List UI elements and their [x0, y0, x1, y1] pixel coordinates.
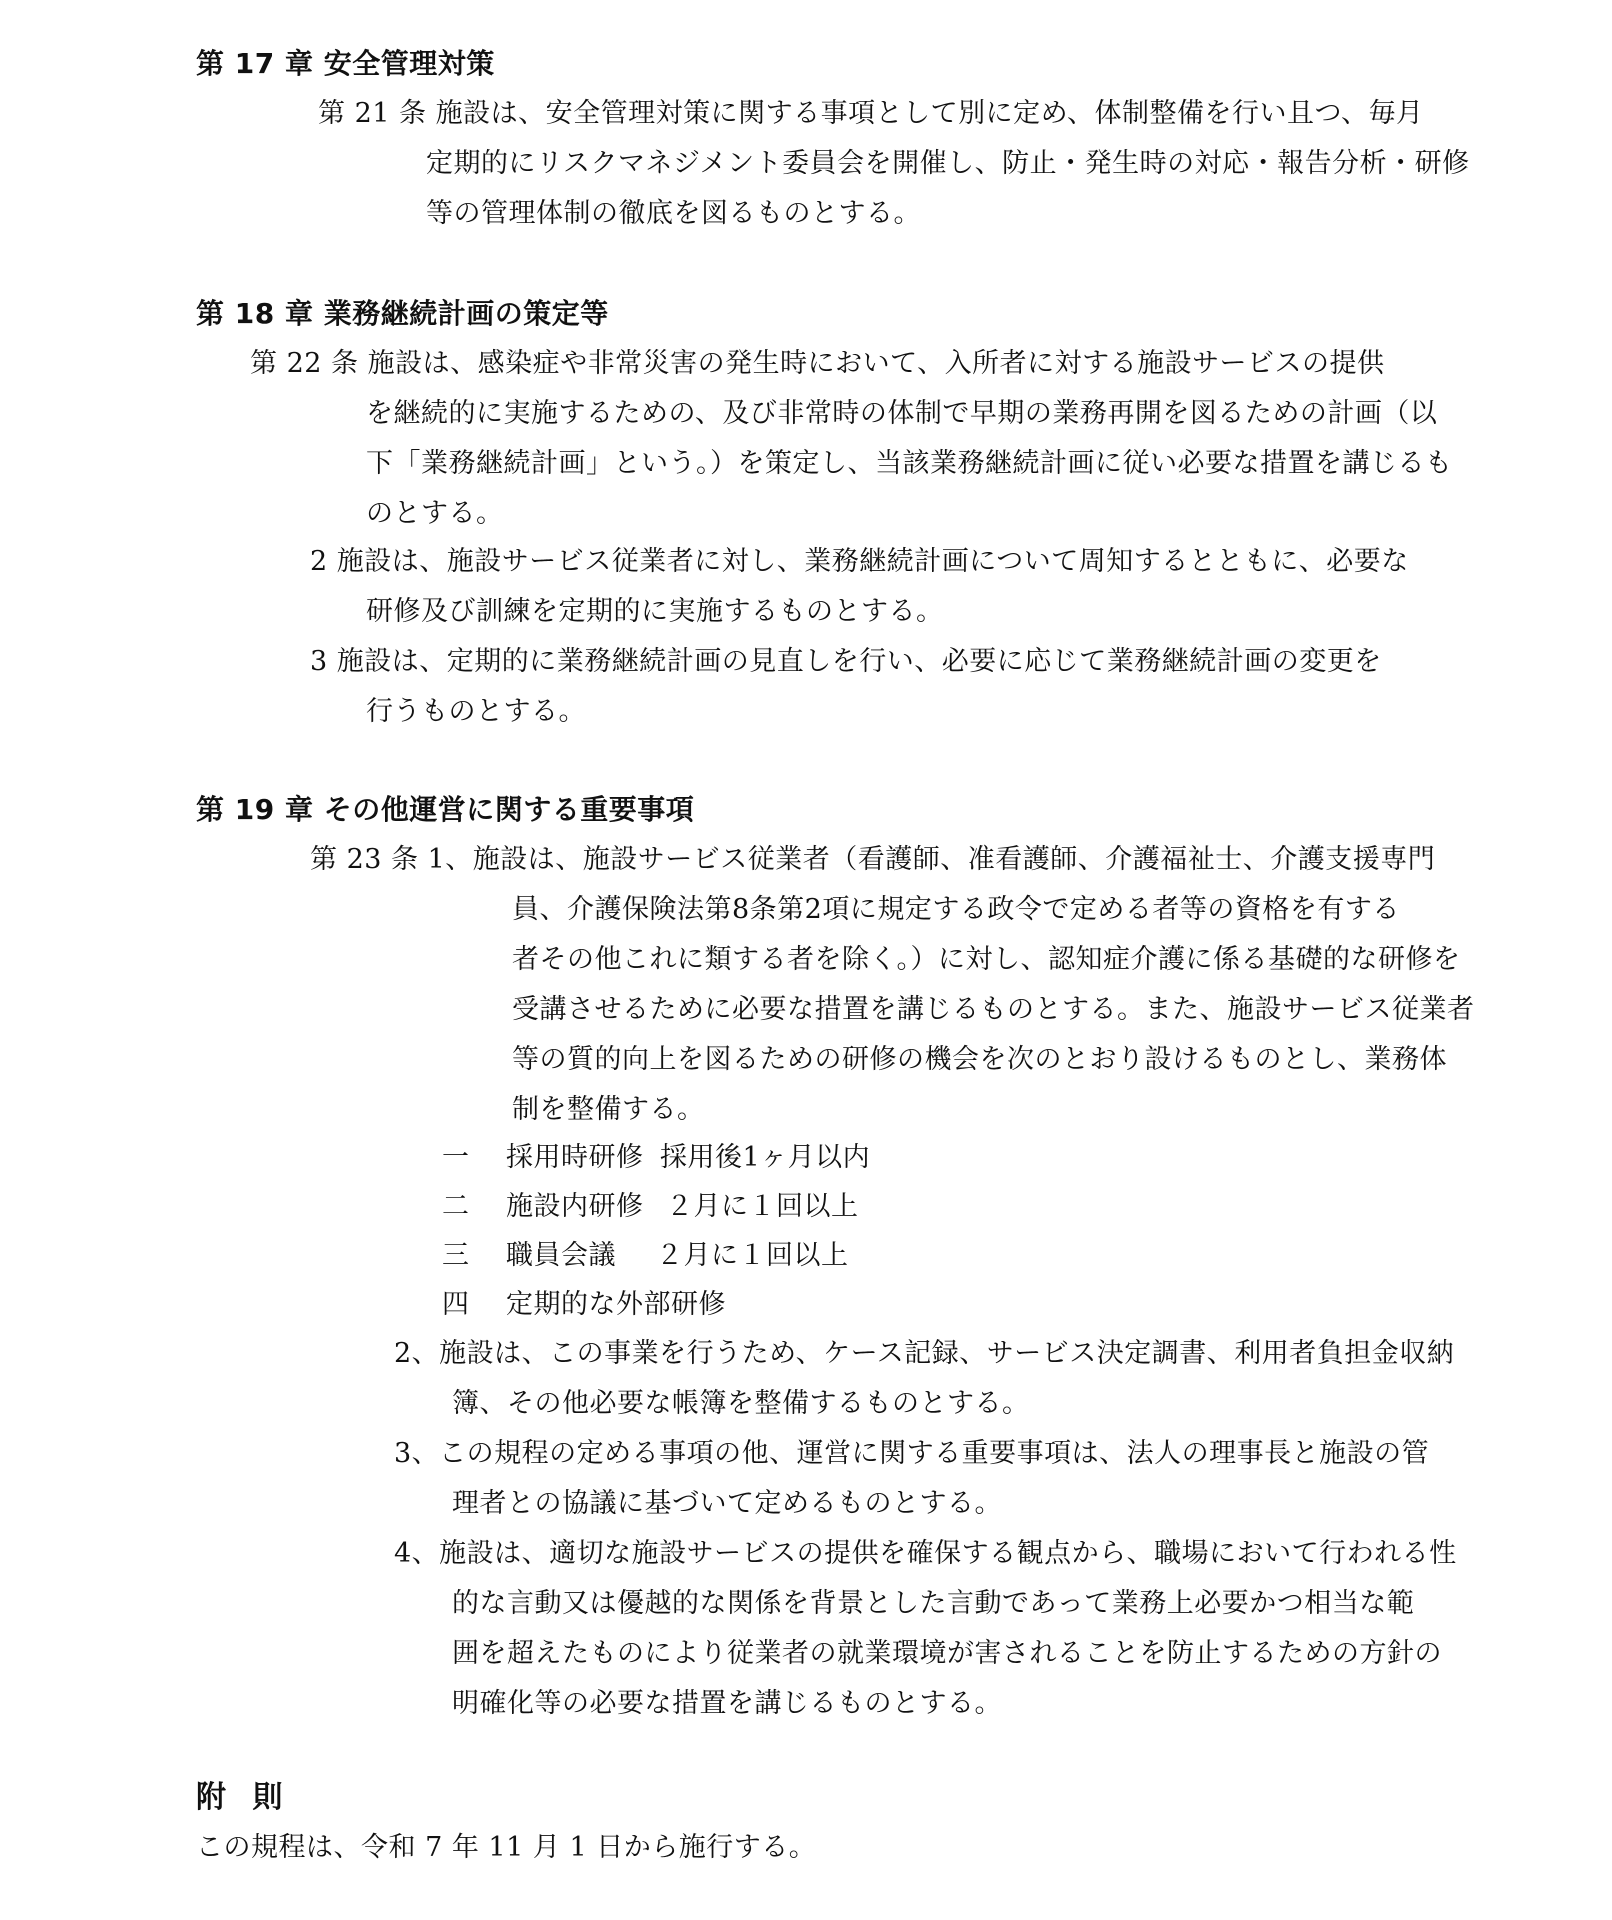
article-23-line-3: 者その他これに類する者を除く。）に対し、認知症介護に係る基礎的な研修を — [512, 943, 1460, 977]
article-23-para-2-line-2: 簿、その他必要な帳簿を整備するものとする。 — [452, 1387, 1030, 1421]
article-23-line-6: 制を整備する。 — [512, 1093, 705, 1127]
article-22-line-3: 下「業務継続計画」という。）を策定し、当該業務継続計画に従い必要な措置を講じるも — [366, 447, 1453, 481]
article-23-para-4-line-3: 囲を超えたものにより従業者の就業環境が害されることを防止するための方針の — [452, 1637, 1442, 1671]
article-23-para-4-line-2: 的な言動又は優越的な関係を背景とした言動であって業務上必要かつ相当な範 — [452, 1587, 1414, 1621]
article-22-para-2-line-2: 研修及び訓練を定期的に実施するものとする。 — [366, 595, 944, 629]
training-item-3-num: 三 — [442, 1239, 470, 1273]
chapter-19-title: 第 19 章 その他運営に関する重要事項 — [196, 793, 694, 827]
article-23-para-3-line-2: 理者との協議に基づいて定めるものとする。 — [452, 1487, 1002, 1521]
article-23-para-4-line-4: 明確化等の必要な措置を講じるものとする。 — [452, 1687, 1002, 1721]
training-item-3-freq: ２月に１回以上 — [656, 1239, 849, 1273]
article-23-line-4: 受講させるために必要な措置を講じるものとする。また、施設サービス従業者 — [512, 993, 1475, 1027]
article-21-line-3: 等の管理体制の徹底を図るものとする。 — [426, 197, 921, 231]
chapter-17-title: 第 17 章 安全管理対策 — [196, 47, 495, 81]
training-item-1-name: 採用時研修 — [506, 1141, 644, 1175]
chapter-18-title: 第 18 章 業務継続計画の策定等 — [196, 297, 609, 331]
article-22-line-1: 第 22 条 施設は、感染症や非常災害の発生時において、入所者に対する施設サービ… — [250, 347, 1385, 381]
supplementary-text: この規程は、令和 7 年 11 月 1 日から施行する。 — [196, 1831, 816, 1865]
training-item-1-freq: 採用後1ヶ月以内 — [660, 1141, 870, 1175]
training-item-2-name: 施設内研修 — [506, 1190, 644, 1224]
training-item-1-num: 一 — [442, 1141, 470, 1175]
article-21-line-2: 定期的にリスクマネジメント委員会を開催し、防止・発生時の対応・報告分析・研修 — [426, 147, 1470, 181]
training-item-2-num: 二 — [442, 1190, 470, 1224]
article-21-line-1: 第 21 条 施設は、安全管理対策に関する事項として別に定め、体制整備を行い且つ… — [318, 97, 1423, 131]
training-item-2-freq: ２月に１回以上 — [666, 1190, 859, 1224]
article-22-para-2-line-1: 2 施設は、施設サービス従業者に対し、業務継続計画について周知するとともに、必要… — [310, 545, 1409, 579]
article-23-para-4-line-1: 4、施設は、適切な施設サービスの提供を確保する観点から、職場において行われる性 — [394, 1537, 1457, 1571]
article-23-line-2: 員、介護保険法第8条第2項に規定する政令で定める者等の資格を有する — [512, 893, 1400, 927]
article-23-para-2-line-1: 2、施設は、この事業を行うため、ケース記録、サービス決定調書、利用者負担金収納 — [394, 1337, 1454, 1371]
article-23-line-5: 等の質的向上を図るための研修の機会を次のとおり設けるものとし、業務体 — [512, 1043, 1447, 1077]
article-22-para-3-line-1: 3 施設は、定期的に業務継続計画の見直しを行い、必要に応じて業務継続計画の変更を — [310, 645, 1382, 679]
article-23-line-1: 第 23 条 1、施設は、施設サービス従業者（看護師、准看護師、介護福祉士、介護… — [310, 843, 1435, 877]
training-item-4-name: 定期的な外部研修 — [506, 1288, 726, 1322]
article-23-para-3-line-1: 3、この規程の定める事項の他、運営に関する重要事項は、法人の理事長と施設の管 — [394, 1437, 1429, 1471]
training-item-3-name: 職員会議 — [506, 1239, 616, 1273]
supplementary-title: 附 則 — [196, 1781, 290, 1815]
article-22-line-2: を継続的に実施するための、及び非常時の体制で早期の業務再開を図るための計画（以 — [366, 397, 1437, 431]
article-22-para-3-line-2: 行うものとする。 — [366, 695, 586, 729]
article-22-line-4: のとする。 — [366, 497, 504, 531]
training-item-4-num: 四 — [442, 1288, 470, 1322]
